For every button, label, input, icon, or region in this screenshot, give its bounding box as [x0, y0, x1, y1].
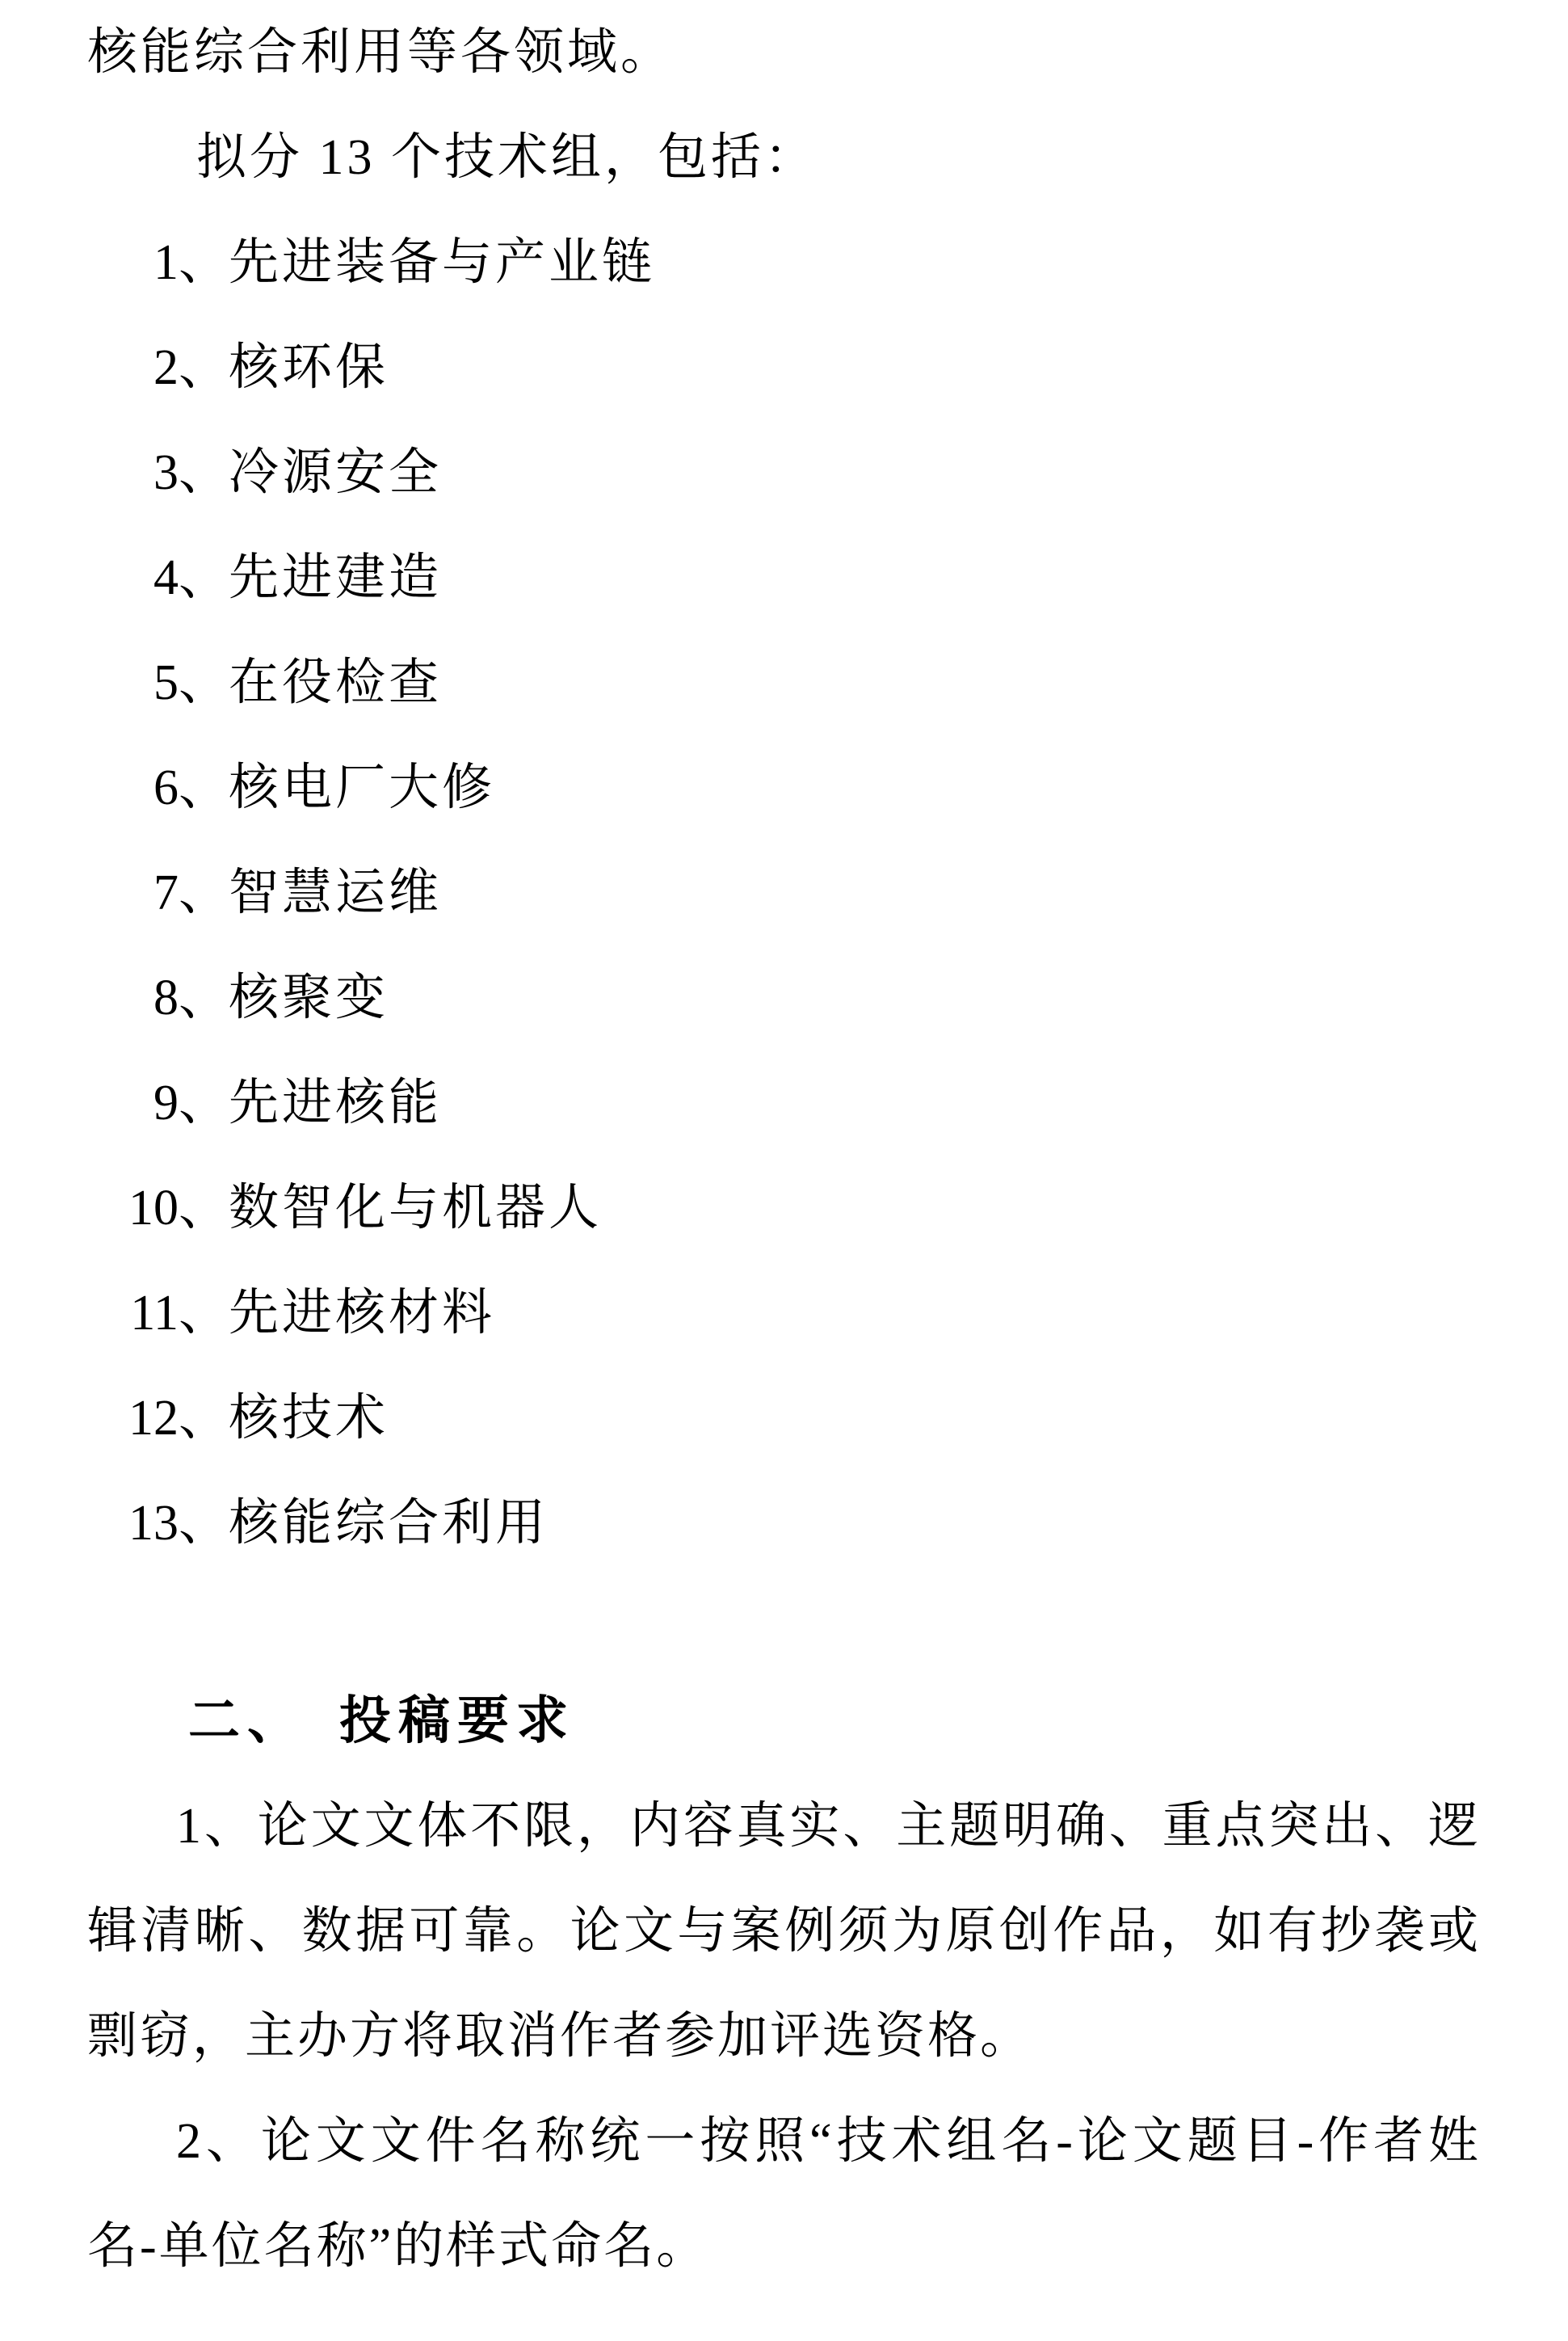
list-item: 13、 核能综合利用	[87, 1471, 1481, 1576]
item-number: 6、	[87, 735, 229, 840]
item-label: 先进核能	[229, 1051, 442, 1156]
document-page: 核能综合利用等各领域。 拟分 13 个技术组，包括： 1、 先进装备与产业链 2…	[0, 0, 1568, 2341]
section-spacer	[87, 1576, 1481, 1669]
item-number: 11、	[87, 1261, 229, 1366]
item-label: 先进核材料	[229, 1261, 495, 1366]
paragraph-line: 名-单位名称”的样式命名。	[87, 2194, 1481, 2299]
item-label: 核聚变	[229, 945, 389, 1051]
list-item: 8、 核聚变	[87, 945, 1481, 1051]
paragraph-line: 剽窃，主办方将取消作者参加评选资格。	[87, 1984, 1481, 2089]
item-label: 核能综合利用	[229, 1471, 549, 1576]
item-number: 5、	[87, 630, 229, 735]
section-heading: 二、 投稿要求	[87, 1669, 1481, 1774]
paragraph-2: 2、论文文件名称统一按照“技术组名-论文题目-作者姓 名-单位名称”的样式命名。	[87, 2089, 1481, 2299]
paragraph-line: 辑清晰、数据可靠。论文与案例须为原创作品，如有抄袭或	[87, 1879, 1481, 1984]
paragraph-line: 1、论文文体不限，内容真实、主题明确、重点突出、逻	[87, 1774, 1481, 1879]
list-item: 9、 先进核能	[87, 1051, 1481, 1156]
item-label: 核电厂大修	[229, 735, 495, 840]
item-label: 智慧运维	[229, 840, 442, 945]
list-item: 4、 先进建造	[87, 525, 1481, 630]
item-number: 9、	[87, 1051, 229, 1156]
item-label: 先进建造	[229, 525, 442, 630]
item-number: 13、	[87, 1471, 229, 1576]
list-item: 5、 在役检查	[87, 630, 1481, 735]
list-item: 12、 核技术	[87, 1366, 1481, 1471]
item-label: 核技术	[229, 1366, 389, 1471]
paragraph-line: 2、论文文件名称统一按照“技术组名-论文题目-作者姓	[87, 2089, 1481, 2194]
item-number: 10、	[87, 1156, 229, 1261]
list-item: 3、 冷源安全	[87, 420, 1481, 525]
tech-group-list: 1、 先进装备与产业链 2、 核环保 3、 冷源安全 4、 先进建造 5、 在役…	[87, 210, 1481, 1576]
item-label: 冷源安全	[229, 420, 442, 525]
item-label: 先进装备与产业链	[229, 210, 655, 315]
list-item: 11、 先进核材料	[87, 1261, 1481, 1366]
intro-line-1: 核能综合利用等各领域。	[87, 0, 1481, 105]
item-label: 核环保	[229, 315, 389, 420]
item-number: 4、	[87, 525, 229, 630]
list-item: 10、 数智化与机器人	[87, 1156, 1481, 1261]
list-item: 2、 核环保	[87, 315, 1481, 420]
list-item: 7、 智慧运维	[87, 840, 1481, 945]
item-number: 7、	[87, 840, 229, 945]
item-number: 12、	[87, 1366, 229, 1471]
item-number: 8、	[87, 945, 229, 1051]
list-item: 1、 先进装备与产业链	[87, 210, 1481, 315]
item-label: 数智化与机器人	[229, 1156, 602, 1261]
item-number: 3、	[87, 420, 229, 525]
text-content: 核能综合利用等各领域。 拟分 13 个技术组，包括： 1、 先进装备与产业链 2…	[0, 0, 1568, 2299]
list-item: 6、 核电厂大修	[87, 735, 1481, 840]
item-label: 在役检查	[229, 630, 442, 735]
item-number: 2、	[87, 315, 229, 420]
intro-line-2: 拟分 13 个技术组，包括：	[87, 105, 1481, 210]
item-number: 1、	[87, 210, 229, 315]
paragraph-1: 1、论文文体不限，内容真实、主题明确、重点突出、逻 辑清晰、数据可靠。论文与案例…	[87, 1774, 1481, 2089]
